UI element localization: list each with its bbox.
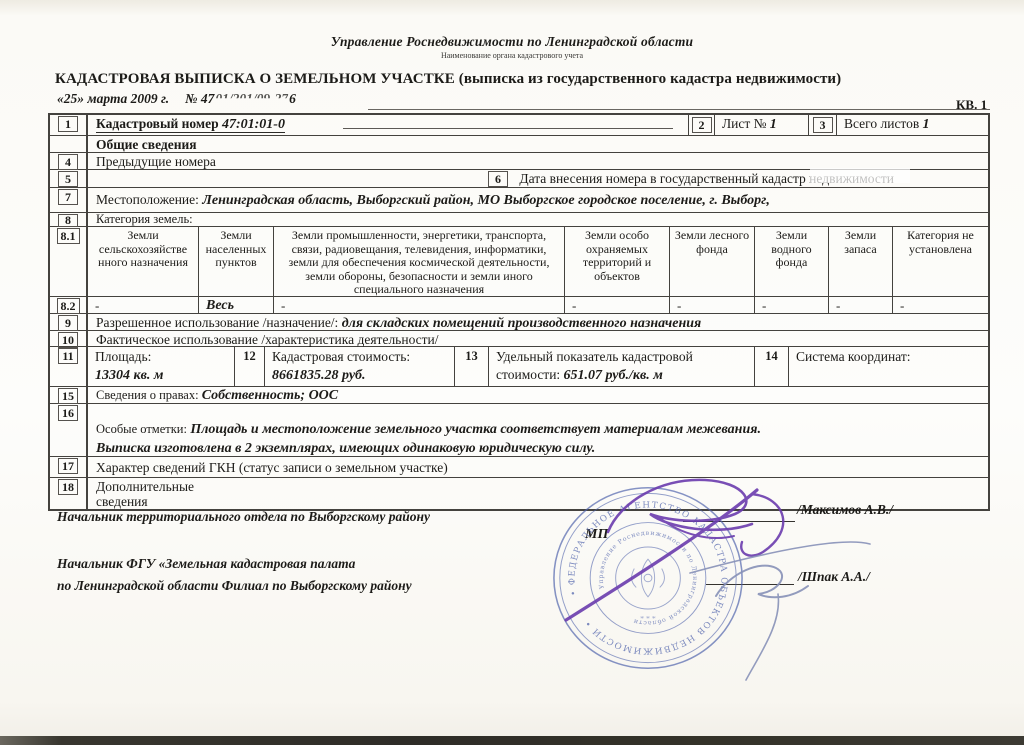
land-category-header-cells: Земли сельскохозяйстве нного назначения … [88,227,988,296]
land-category-label: Категория земель: [88,213,988,226]
permitted-use-label: Разрешенное использование /назначение/: [96,315,338,330]
unit-cost-index-cell: 13 [454,347,488,386]
document-number: № 47 01/201/09-27 6 [185,91,296,107]
special-notes-value-2: Выписка изготовлена в 2 экземплярах, име… [96,441,595,456]
document-number-redacted: 01/201/09-27 [215,91,288,107]
row-number-cell: 7 [50,188,88,212]
row-actual-use: 10 Фактическое использование /характерис… [50,331,988,347]
row-number: 7 [58,189,78,205]
additional-info-label-1: Дополнительные [96,479,194,494]
row-number-cell: 4 [50,153,88,169]
row-special-notes: 16 Особые отметки: Площадь и местоположе… [50,404,988,457]
general-info-label: Общие сведения [88,136,988,152]
value-water: - [754,297,828,313]
rights-cell: Сведения о правах: Собственность; ООС [88,387,988,403]
col-agricultural: Земли сельскохозяйстве нного назначения [88,227,198,296]
cadastral-number-value: 47:01:01-0 [222,117,285,132]
row-number-cell: 15 [50,387,88,403]
rights-label: Сведения о правах: [96,388,199,402]
official1-title: Начальник территориального отдела по Выб… [57,509,430,525]
unit-cost-cell: Удельный показатель кадастровой стоимост… [488,347,754,386]
value-protected: - [564,297,669,313]
row-number: 6 [488,171,508,187]
value-settlements: Весь [198,297,273,313]
cadastral-number-label: Кадастровый номер [96,116,219,131]
sheet-number-cell: Лист № 1 [714,115,808,135]
scan-artifact-line [343,128,673,129]
total-sheets-value: 1 [923,117,930,132]
row-number-cell: 11 [50,347,88,386]
col-industrial: Земли промышленности, энергетики, трансп… [273,227,564,296]
total-sheets-cell: Всего листов 1 [836,115,988,135]
value-agricultural: - [88,297,198,313]
row-number: 17 [58,458,78,474]
row-number: 8.2 [57,298,80,314]
row-land-category-headers: 8.1 Земли сельскохозяйстве нного назначе… [50,227,988,297]
land-category-value-cells: - Весь - - - - - - [88,297,988,313]
official2-title-line1: Начальник ФГУ «Земельная кадастровая пал… [57,556,355,572]
row-number: 15 [58,388,78,404]
scan-artifact-line [368,109,990,110]
additional-info-label-2: сведения [96,494,148,509]
col-protected: Земли особо охраняемых территорий и объе… [564,227,669,296]
value-reserve: - [828,297,892,313]
row-number: 3 [813,117,833,133]
col-water: Земли водного фонда [754,227,828,296]
location-label: Местоположение: [96,192,199,207]
unit-cost-label-1: Удельный показатель кадастровой [496,349,693,364]
row-number-cell: 8.2 [50,297,88,313]
row-number-cell: 10 [50,331,88,346]
page-title: КАДАСТРОВАЯ ВЫПИСКА О ЗЕМЕЛЬНОМ УЧАСТКЕ … [55,71,841,88]
row-location: 7 Местоположение: Ленинградская область,… [50,188,988,213]
special-notes-value-1: Площадь и местоположение земельного учас… [190,422,761,437]
org-header: Управление Роснедвижимости по Ленинградс… [0,34,1024,50]
col-reserve: Земли запаса [828,227,892,296]
cadastral-cost-cell: Кадастровая стоимость: 8661835.28 руб. [264,347,454,386]
actual-use-label: Фактическое использование /характеристик… [88,331,988,346]
scan-edge-strip [0,736,1024,745]
row-number-cell [50,136,88,152]
row-number-cell: 17 [50,457,88,477]
row-number: 4 [58,154,78,170]
total-sheets-index-cell: 3 [808,115,836,135]
coordinate-system-cell: Система координат: [788,347,988,386]
row-land-category-values: 8.2 - Весь - - - - - - [50,297,988,314]
row-number: 8.1 [57,228,80,244]
permitted-use-value: для складских помещений производственног… [342,316,702,331]
row-number-cell: 1 [50,115,88,135]
row-number: 5 [58,171,78,187]
row-number-cell: 18 [50,478,88,509]
total-sheets-label: Всего листов [844,116,919,131]
handwritten-signatures [520,458,880,700]
document-number-suffix: 6 [289,91,296,107]
org-subheader: Наименование органа кадастрового учета [0,51,1024,60]
previous-numbers-label: Предыдущие номера [88,153,988,169]
coord-index-cell: 14 [754,347,788,386]
row-number: 11 [58,348,78,364]
signature-maksimov [566,480,783,620]
row-number: 2 [692,117,712,133]
kv-label: КВ. 1 [956,97,987,113]
col-not-set: Категория не установлена [892,227,988,296]
row-number-cell: 8 [50,213,88,226]
value-not-set: - [892,297,988,313]
location-value: Ленинградская область, Выборгский район,… [202,193,770,208]
scanned-document-page: Управление Роснедвижимости по Ленинградс… [0,0,1024,745]
sheet-label: Лист № [722,116,767,131]
issue-date: «25» марта 2009 г. [57,91,169,107]
row-number-cell: 9 [50,314,88,330]
cost-index-cell: 12 [234,347,264,386]
row-number-cell: 8.1 [50,227,88,296]
row-rights: 15 Сведения о правах: Собственность; ООС [50,387,988,404]
row-general-info: Общие сведения [50,136,988,153]
unit-cost-value: 651.07 руб./кв. м [563,368,662,383]
row-number: 18 [58,479,78,495]
row-number: 10 [58,332,78,348]
row-area-cost: 11 Площадь: 13304 кв. м 12 Кадастровая с… [50,347,988,387]
cadastral-cost-label: Кадастровая стоимость: [272,349,410,364]
permitted-use-cell: Разрешенное использование /назначение/: … [88,314,988,330]
cadastral-number-cell: Кадастровый номер 47:01:01-0 [88,115,688,135]
rights-value: Собственность; ООС [202,388,338,403]
cadastral-cost-value: 8661835.28 руб. [272,368,366,383]
special-notes-label: Особые отметки: [96,422,187,436]
col-settlements: Земли населенных пунктов [198,227,273,296]
col-forest: Земли лесного фонда [669,227,754,296]
unit-cost-label-2: стоимости: [496,367,560,382]
issue-date-line: «25» марта 2009 г. № 47 01/201/09-27 6 [57,91,296,107]
coordinate-system-label: Система координат: [796,349,911,364]
area-cost-cells: Площадь: 13304 кв. м 12 Кадастровая стои… [88,347,988,386]
document-number-prefix: № 47 [185,91,214,107]
area-value: 13304 кв. м [95,368,163,383]
row-cadastral-number: 1 Кадастровый номер 47:01:01-0 2 Лист № … [50,115,988,136]
sheet-number-index-cell: 2 [688,115,714,135]
area-label: Площадь: [95,349,151,364]
row-number-cell: 16 [50,404,88,456]
row-number: 8 [58,214,78,227]
row-number: 9 [58,315,78,331]
value-industrial: - [273,297,564,313]
redaction-overlay [810,168,910,183]
row-permitted-use: 9 Разрешенное использование /назначение/… [50,314,988,331]
signature-shpak [690,542,870,680]
area-cell: Площадь: 13304 кв. м [88,347,234,386]
value-forest: - [669,297,754,313]
location-cell: Местоположение: Ленинградская область, В… [88,188,988,212]
official2-title-line2: по Ленинградской области Филиал по Выбор… [57,578,412,594]
row-number: 16 [58,405,78,421]
sheet-value: 1 [770,117,777,132]
special-notes-cell: Особые отметки: Площадь и местоположение… [88,404,988,456]
row-number: 1 [58,116,78,132]
row-number-cell: 5 [50,170,88,187]
row-land-category: 8 Категория земель: [50,213,988,227]
